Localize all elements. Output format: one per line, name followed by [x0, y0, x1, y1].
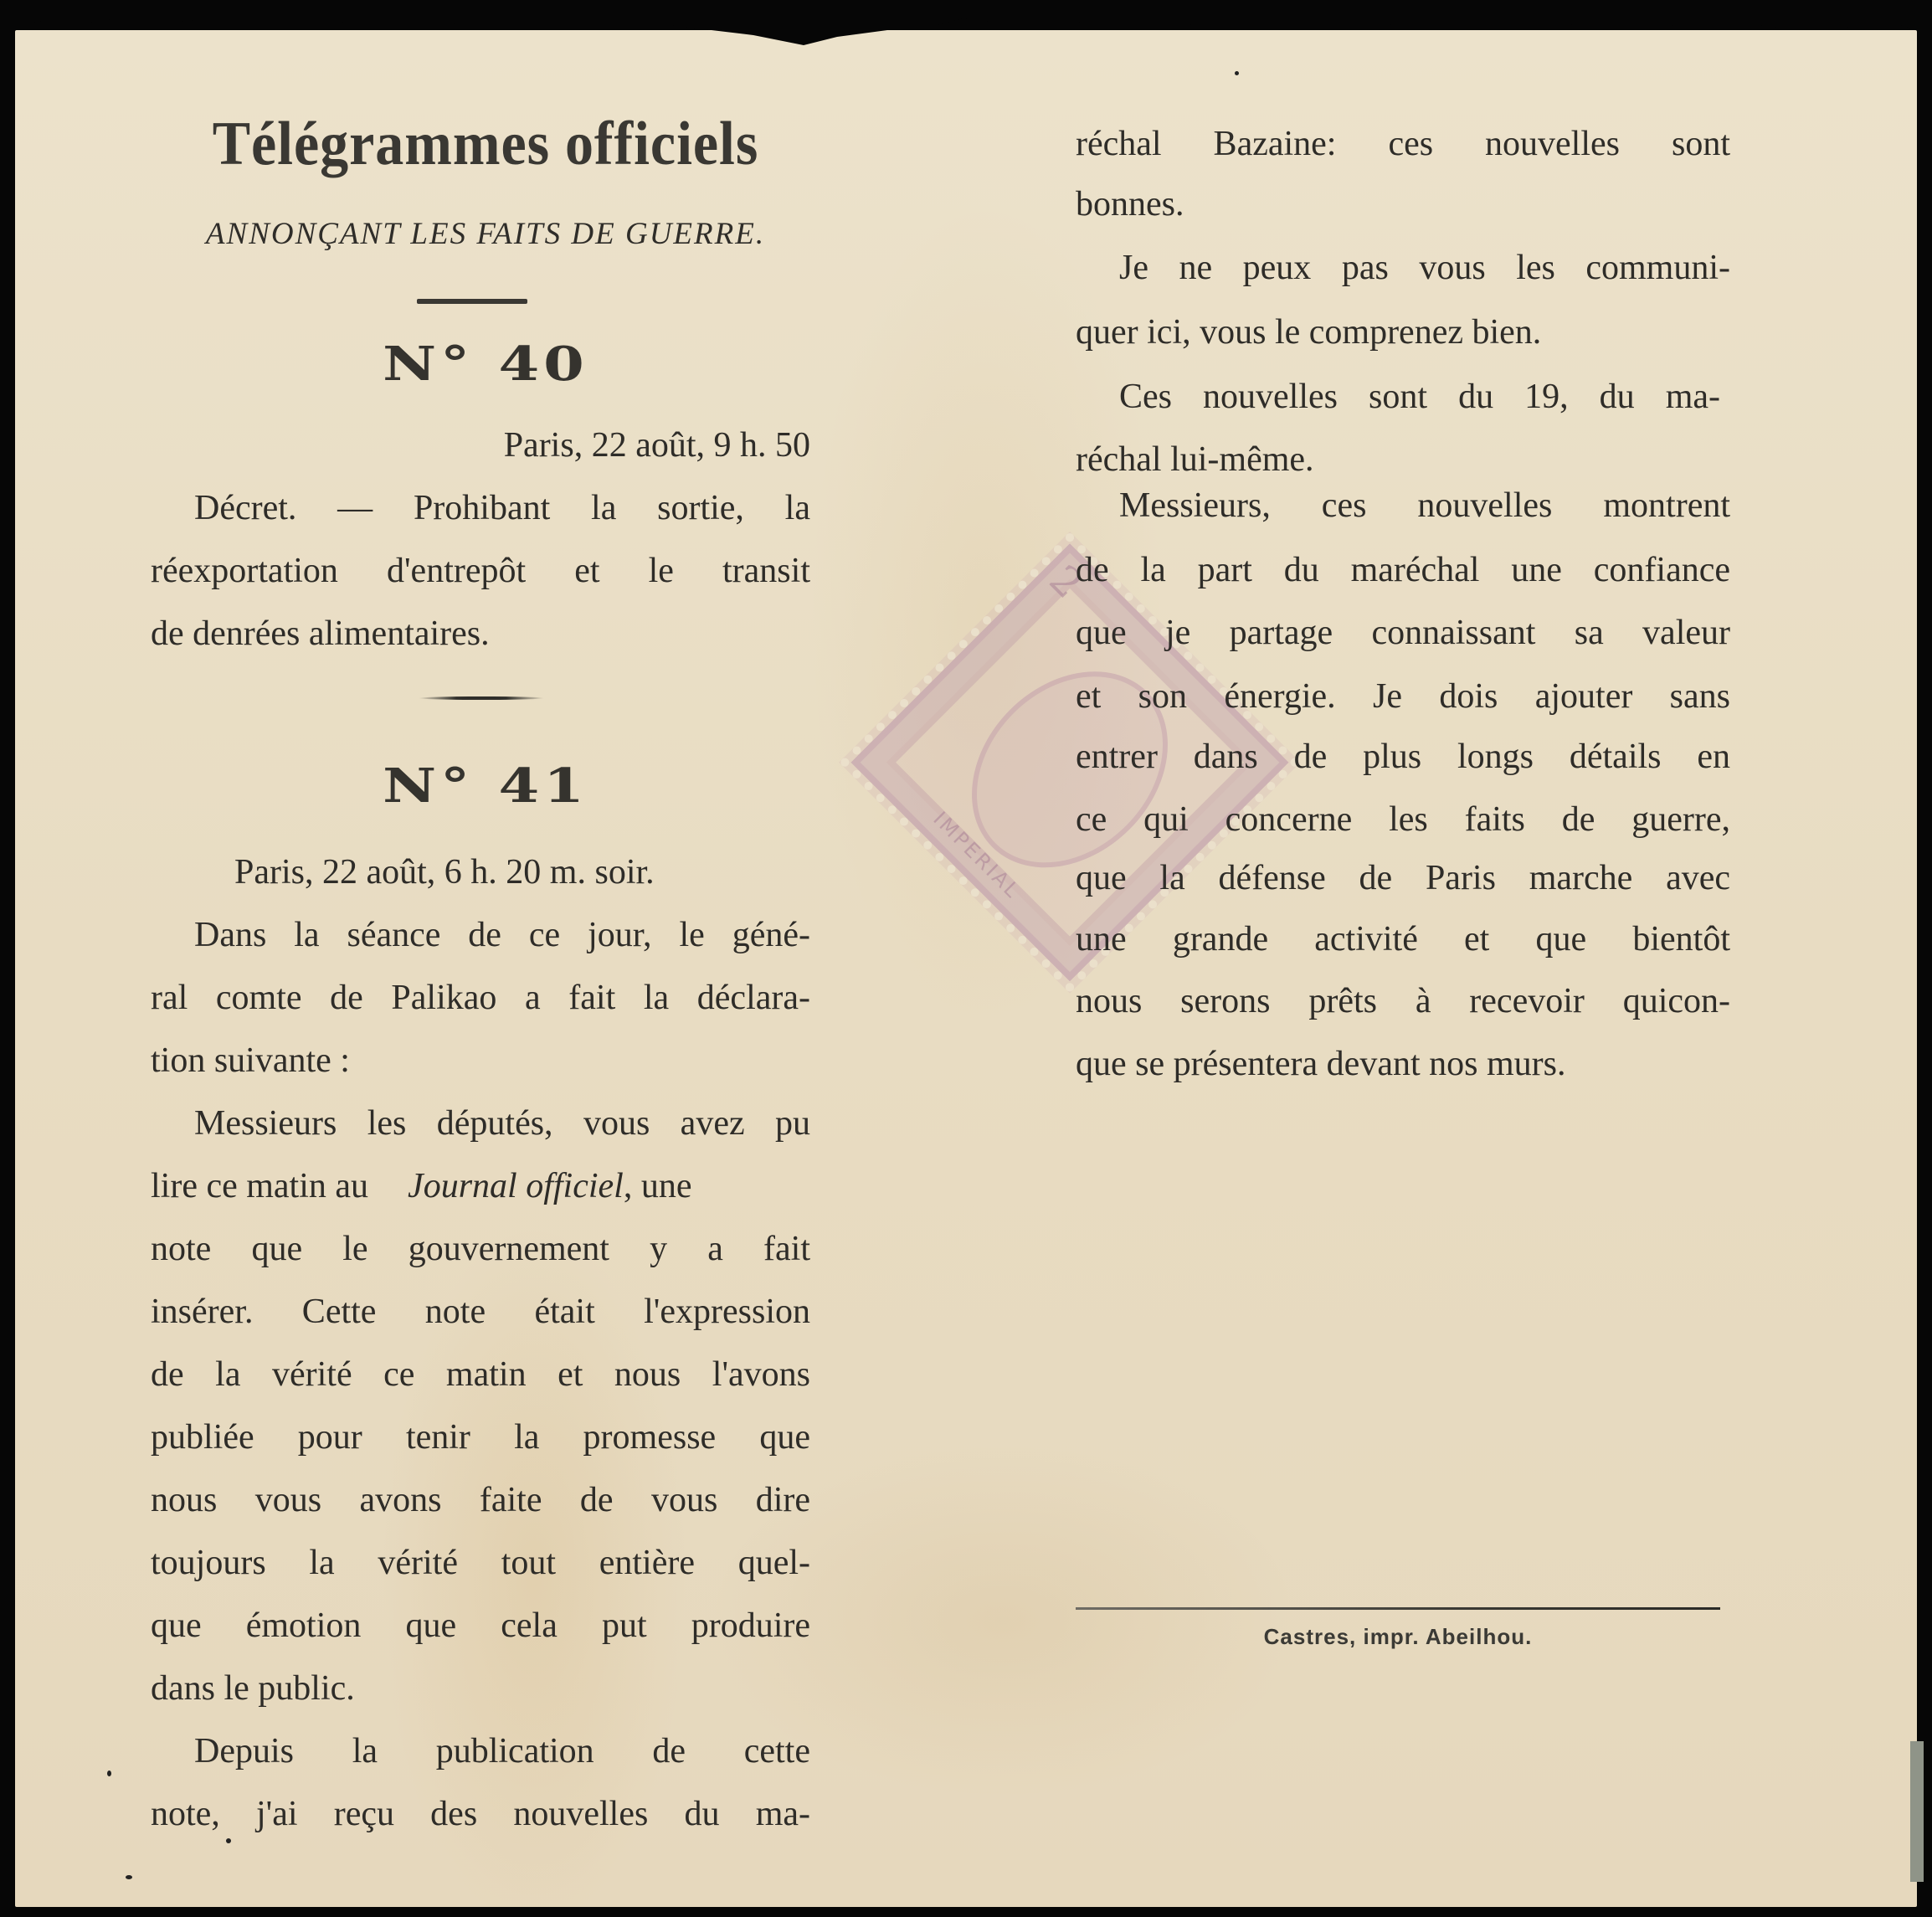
t41-left-line-4: Messieurs les députés, vous avez pu	[151, 1103, 810, 1144]
t41-left-line-9: publiée pour tenir la promesse que	[151, 1417, 810, 1457]
t41-left-line-2: ral comte de Palikao a fait la déclara-	[151, 978, 810, 1018]
telegram-40-dateline: Paris, 22 août, 9 h. 50	[151, 425, 810, 465]
telegram-40-line-2: réexportation d'entrepôt et le transit	[151, 551, 810, 591]
t41-left-line-5: lire ce matin au Journal officiel, une	[151, 1166, 810, 1206]
t41-right-line-1: réchal Bazaine: ces nouvelles sont	[1076, 124, 1730, 164]
t41-left-line-13: dans le public.	[151, 1668, 355, 1709]
ink-speck	[1235, 71, 1239, 75]
t41-left-line-12: que émotion que cela put produire	[151, 1606, 810, 1646]
t41-right-line-4: quer ici, vous le comprenez bien.	[1076, 312, 1541, 352]
journal-officiel-italic: Journal officiel	[408, 1167, 624, 1205]
t41-left-line-10: nous vous avons faite de vous dire	[151, 1480, 810, 1520]
t41-right-line-13: que la défense de Paris marche avec	[1076, 858, 1730, 898]
t41-right-line-12: ce qui concerne les faits de guerre,	[1076, 799, 1730, 840]
t41-right-line-3: Je ne peux pas vous les communi-	[1076, 248, 1730, 288]
t41-left-line-5a: lire ce matin au	[151, 1167, 368, 1205]
t41-left-line-7: insérer. Cette note était l'expression	[151, 1292, 810, 1332]
t41-left-line-3: tion suivante :	[151, 1041, 350, 1081]
t41-left-line-5c: , une	[624, 1167, 692, 1205]
t41-left-line-11: toujours la vérité tout entière quel-	[151, 1543, 810, 1583]
t41-left-line-6: note que le gouvernement y a fait	[151, 1229, 810, 1269]
t41-left-line-1: Dans la séance de ce jour, le géné-	[151, 915, 810, 955]
t41-right-line-16: que se présentera devant nos murs.	[1076, 1044, 1565, 1084]
t41-right-line-11: entrer dans de plus longs détails en	[1076, 737, 1730, 777]
ink-speck	[126, 1875, 132, 1879]
telegram-41-number: N° 41	[0, 758, 1092, 814]
t41-right-line-15: nous serons prêts à recevoir quicon-	[1076, 981, 1730, 1021]
t41-right-line-2: bonnes.	[1076, 184, 1184, 224]
t41-right-line-9: que je partage connaissant sa valeur	[1076, 613, 1730, 653]
telegram-40-line-1: Décret. — Prohibant la sortie, la	[151, 488, 810, 528]
t41-right-line-8: de la part du maréchal une confiance	[1076, 550, 1730, 590]
t41-right-line-6: réchal lui-même.	[1076, 439, 1314, 480]
ink-speck	[107, 1771, 111, 1776]
telegram-40-line-3: de denrées alimentaires.	[151, 614, 490, 654]
t41-right-line-10: et son énergie. Je dois ajouter sans	[1076, 676, 1730, 717]
t41-right-line-5: Ces nouvelles sont du 19, du ma-	[1076, 377, 1720, 417]
printer-imprint: Castres, impr. Abeilhou.	[1076, 1624, 1720, 1650]
t41-right-line-7: Messieurs, ces nouvelles montrent	[1076, 486, 1730, 526]
ink-speck	[226, 1838, 231, 1843]
tape-strip	[1910, 1741, 1924, 1882]
section-divider	[419, 696, 544, 700]
t41-left-line-14: Depuis la publication de cette	[151, 1731, 810, 1771]
telegram-41-dateline: Paris, 22 août, 6 h. 20 m. soir.	[234, 852, 655, 892]
imprint-rule	[1076, 1607, 1720, 1610]
t41-left-line-8: de la vérité ce matin et nous l'avons	[151, 1354, 810, 1395]
t41-right-line-14: une grande activité et que bientôt	[1076, 919, 1730, 959]
t41-left-line-15: note, j'ai reçu des nouvelles du ma-	[151, 1794, 810, 1834]
left-column: Paris, 22 août, 9 h. 50 Décret. — Prohib…	[151, 0, 810, 1917]
